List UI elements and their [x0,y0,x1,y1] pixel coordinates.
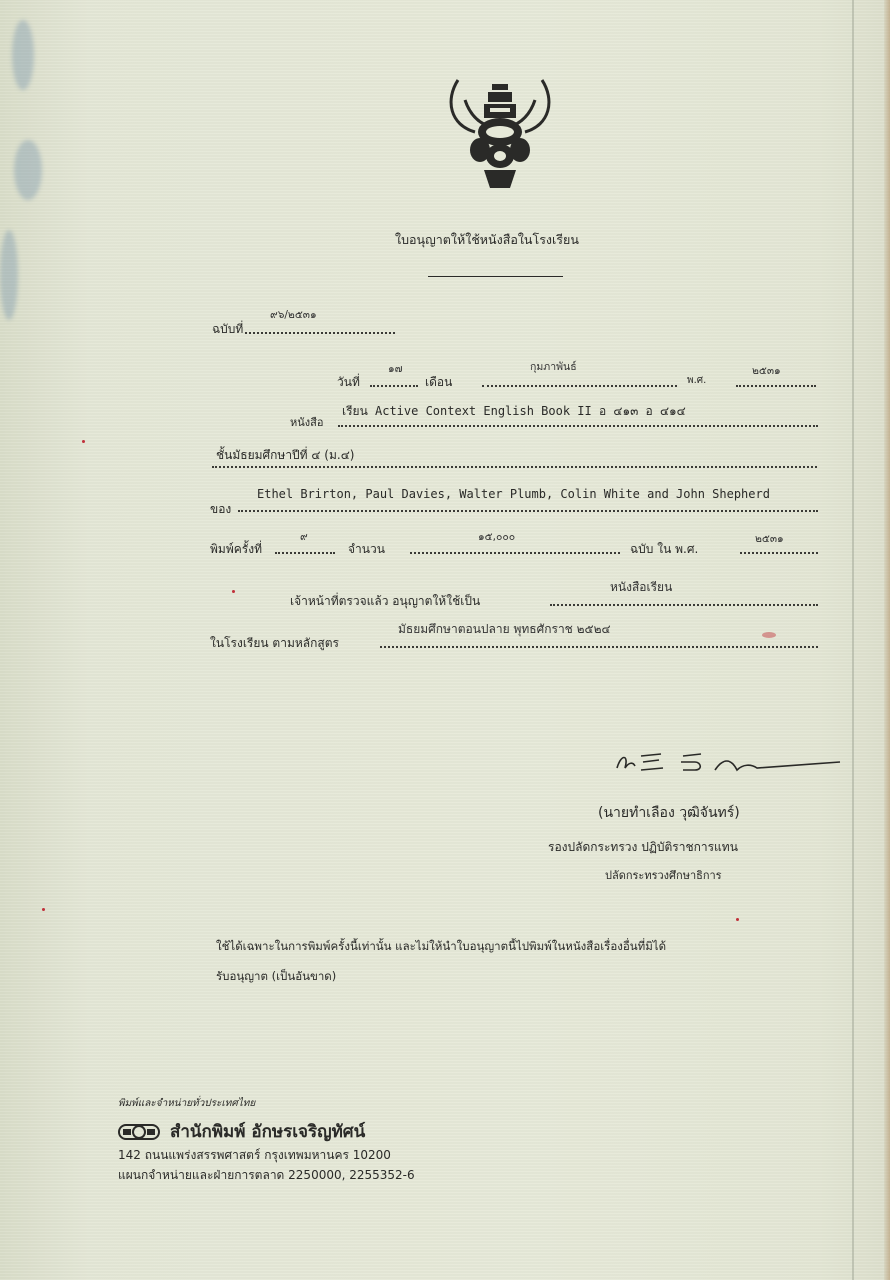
publisher-address: 142 ถนนแพร่งสรรพศาสตร์ กรุงเทพมหานคร 102… [118,1146,391,1165]
level-value: ชั้นมัธยมศึกษาปีที่ ๔ (ม.๔) [216,446,354,465]
dotted-line [212,464,817,468]
dotted-line [740,550,818,554]
month-label: เดือน [425,373,452,392]
garuda-emblem-icon [440,70,560,195]
authors-label: ของ [210,500,231,519]
ink-speck [42,908,45,911]
edition-label: พิมพ์ครั้งที่ [210,540,262,559]
authors-value: Ethel Brirton, Paul Davies, Walter Plumb… [257,487,770,501]
book-value: เรียน Active Context English Book II อ ๔… [342,402,686,421]
curriculum-value: มัธยมศึกษาตอนปลาย พุทธศักราช ๒๕๒๔ [398,620,611,639]
quantity-value: ๑๕,๐๐๐ [478,528,515,545]
dotted-line [370,383,418,387]
copies-label: ฉบับ ใน พ.ศ. [630,540,698,559]
quantity-label: จำนวน [348,540,385,559]
stain [14,140,42,200]
dotted-line [245,330,395,334]
dotted-line [338,423,818,427]
dotted-line [275,550,335,554]
day-label: วันที่ [337,373,360,392]
usage-note-line-2: รับอนุญาต (เป็นอันขาด) [216,968,336,986]
approval-label: เจ้าหน้าที่ตรวจแล้ว อนุญาตให้ใช้เป็น [290,592,480,611]
usage-note-line-1: ใช้ได้เฉพาะในการพิมพ์ครั้งนี้เท่านั้น แล… [216,938,666,956]
ink-speck [232,590,235,593]
ink-speck [736,918,739,921]
publisher-phone: แผนกจำหน่ายและฝ่ายการตลาด 2250000, 22553… [118,1166,415,1185]
title-underline [428,276,563,277]
curriculum-label: ในโรงเรียน ตามหลักสูตร [210,634,339,653]
signature-icon [615,748,845,778]
copy-no-label: ฉบับที่ [212,320,243,339]
dotted-line [410,550,620,554]
print-year-value: ๒๕๓๑ [755,530,784,547]
year-value: ๒๕๓๑ [752,362,781,379]
stain [0,230,18,320]
book-label: หนังสือ [290,413,323,431]
ink-speck [82,440,85,443]
dotted-line [238,508,818,512]
edition-value: ๙ [300,528,308,545]
dotted-line [550,602,818,606]
document-title: ใบอนุญาตให้ใช้หนังสือในโรงเรียน [395,230,579,250]
signatory-name: (นายทำเลือง วุฒิจันทร์) [598,802,740,824]
publisher-logo-icon [118,1123,160,1141]
signatory-ministry: ปลัดกระทรวงศึกษาธิการ [605,866,722,884]
month-value: กุมภาพันธ์ [530,358,577,375]
page-edge [884,0,890,1280]
copy-no-value: ๙๖/๒๕๓๑ [270,306,317,323]
approval-value: หนังสือเรียน [610,578,672,597]
publisher-tagline: พิมพ์และจำหน่ายทั่วประเทศไทย [118,1096,255,1111]
dotted-line [482,383,677,387]
ink-smudge [762,632,776,638]
page-fold-line [852,0,854,1280]
publisher-name: สำนักพิมพ์ อักษรเจริญทัศน์ [170,1118,365,1145]
signatory-position: รองปลัดกระทรวง ปฏิบัติราชการแทน [548,838,738,857]
day-value: ๑๗ [388,360,403,377]
dotted-line [736,383,816,387]
stain [12,20,34,90]
dotted-line [380,644,818,648]
year-label: พ.ศ. [687,373,706,388]
